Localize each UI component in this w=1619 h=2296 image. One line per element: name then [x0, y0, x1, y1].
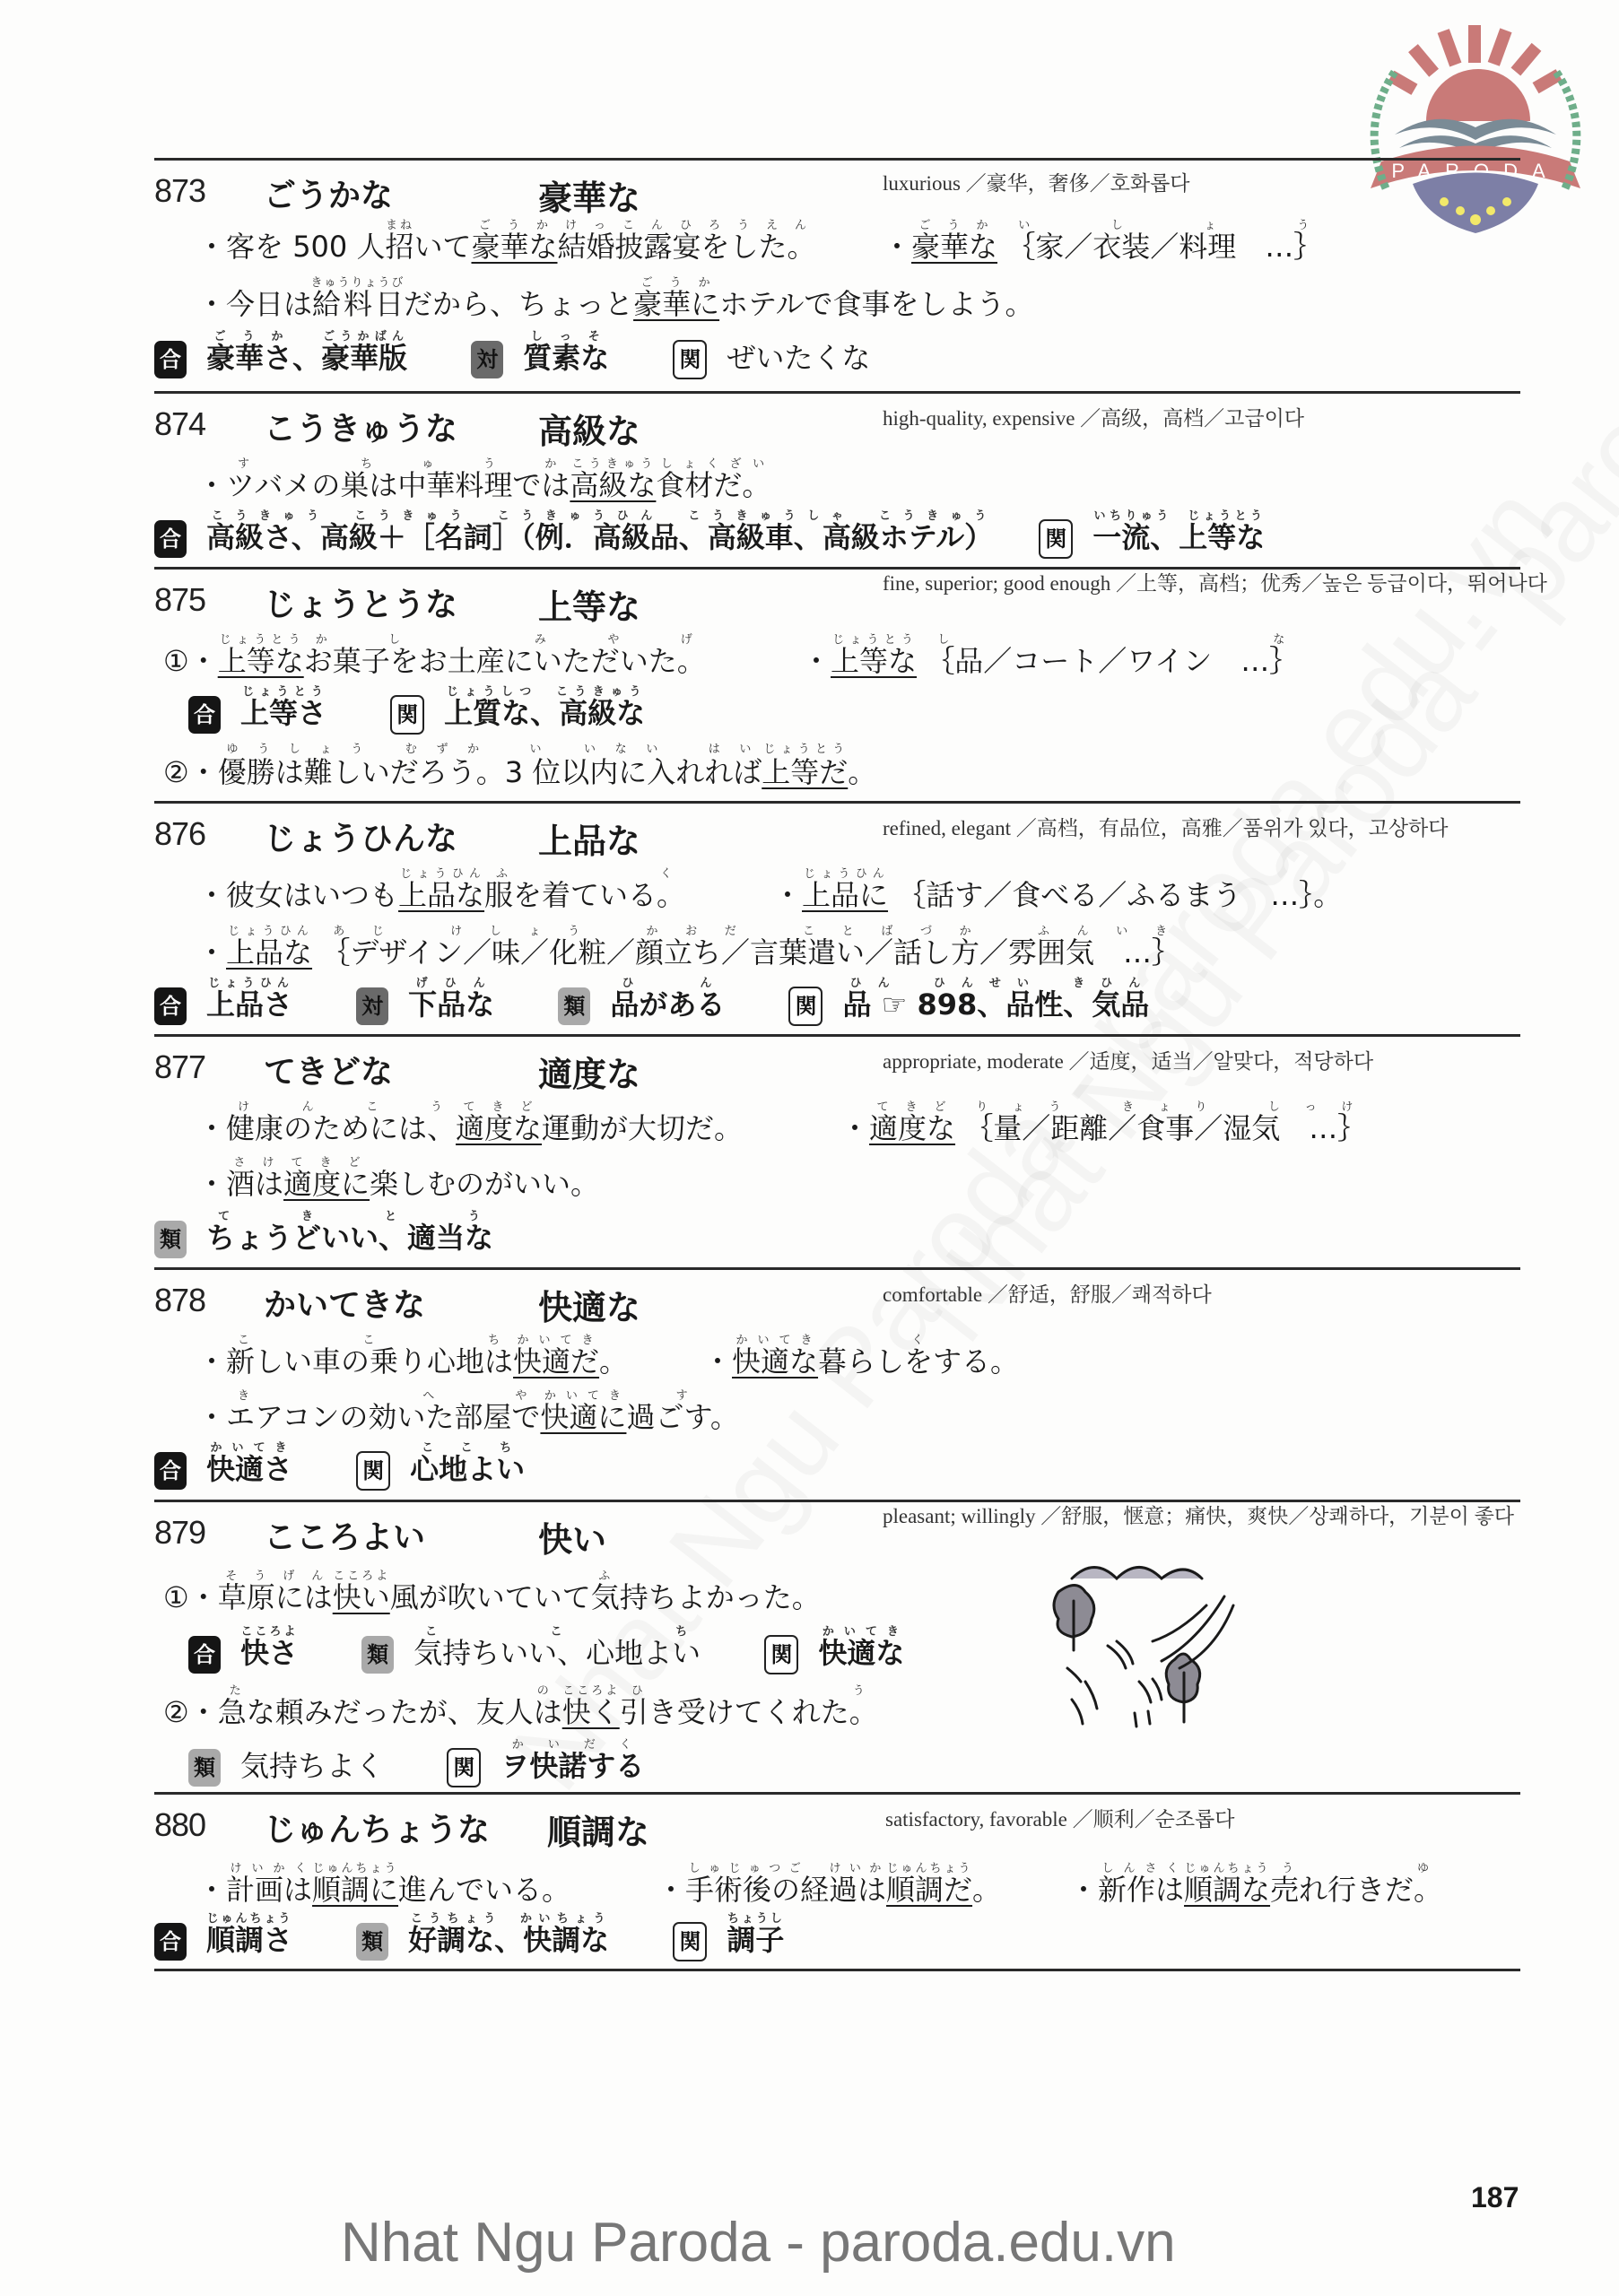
related-words: 合上品さじょうひん 対下品なげひん 類品があるひん 関品 ☞ 898、品性、気品…	[154, 977, 1149, 1026]
entry-meaning: luxurious ／豪华，奢侈／호화롭다	[883, 170, 1619, 197]
entry-reading: ごうかな	[264, 170, 393, 216]
compound-tag-icon: 合	[154, 1923, 187, 1961]
entry-headword: 上等な	[538, 579, 640, 629]
entry-number: 875	[154, 581, 205, 619]
entry-number: 879	[154, 1514, 205, 1552]
antonym-tag-icon: 対	[356, 987, 388, 1025]
entry-headword: 上品な	[538, 813, 640, 863]
vocab-entry-873: 873 ごうかな 豪華な luxurious ／豪华，奢侈／호화롭다 ・客を 5…	[154, 158, 1520, 391]
collocation-example: ・上品にじょうひん ｛話す／食べる／ふるまう …｝。	[773, 867, 1342, 913]
entry-reading: じょうとうな	[264, 579, 457, 625]
sense-marker: ②	[163, 1695, 189, 1729]
vocab-entry-878: 878 かいてきな 快適な comfortable ／舒适，舒服／쾌적하다 ・新…	[154, 1267, 1520, 1500]
related-tag-icon: 関	[764, 1635, 798, 1674]
example-sentence: ②・急な頼みだったが、友人はたの快くこころよ引き受けてくれた。ひ う	[163, 1684, 878, 1730]
entry-meaning: high-quality, expensive ／高级，高档／고급이다	[883, 405, 1619, 432]
entry-reading: てきどな	[264, 1047, 393, 1092]
compound-tag-icon: 合	[188, 1636, 221, 1674]
entry-headword: 豪華な	[538, 170, 640, 220]
example-sentence: ①・草原にはそうげん快いこころよ風が吹いていて気持ちよかった。ふ	[163, 1570, 821, 1615]
example-sentence: ①・上等なじょうとうお菓子をお土産にいただいた。かし みやげ	[163, 633, 706, 679]
related-tag-icon: 関	[447, 1748, 481, 1787]
entry-meaning: appropriate, moderate ／适度，适当／알맞다，적당하다	[883, 1048, 1619, 1075]
compound-tag-icon: 合	[154, 341, 187, 378]
related-words: 合快適さかいてき 関心地よいここち	[154, 1441, 525, 1491]
collocation-example: ・上品なじょうひん ｛デザイン／味／化粧／顔立ち／言葉遣い／話し方／雰囲気 …｝…	[197, 925, 1180, 970]
compound-tag-icon: 合	[188, 696, 221, 734]
entry-meaning: refined, elegant ／高档，有品位，高雅／품위가 있다，고상하다	[883, 815, 1619, 842]
synonym-tag-icon: 類	[154, 1221, 187, 1258]
related-tag-icon: 関	[1039, 519, 1073, 559]
example-sentence: ・手術後の経過はしゅじゅつご けいか順調だじゅんちょう。	[657, 1862, 1001, 1908]
related-words: 類ちょうどいい、適当なてきとう	[154, 1210, 493, 1258]
synonym-tag-icon: 類	[188, 1749, 221, 1787]
sense-marker: ②	[163, 755, 189, 789]
example-sentence: ・今日は給料日きゅうりょうびだから、ちょっと豪華にごうかホテルで食事をしよう。	[197, 276, 1033, 322]
related-words: 合順調さじゅんちょう 類好調な、快調なこうちょう かいちょう 関調子ちょうし	[154, 1912, 784, 1961]
synonym-tag-icon: 類	[356, 1923, 388, 1961]
entry-number: 880	[154, 1806, 205, 1844]
collocation-example: ・上等なじょうとう ｛品／コート／ワイン …｝しな	[802, 633, 1298, 679]
related-tag-icon: 関	[390, 695, 424, 735]
example-sentence: ②・優勝は難しいだろう。3 位以内に入れればゆうしょう むずか い いない はい…	[163, 743, 876, 790]
example-sentence: ・快適なかいてき暮らしをする。く	[703, 1334, 1019, 1379]
related-tag-icon: 関	[356, 1451, 390, 1491]
example-sentence: ・酒はさけ適度にてきど楽しむのがいい。	[197, 1156, 599, 1202]
entry-reading: こころよい	[264, 1512, 425, 1558]
wind-illustration	[1045, 1552, 1260, 1731]
related-tag-icon: 関	[673, 340, 707, 379]
entry-number: 877	[154, 1048, 205, 1086]
collocation-example: ・適度なてきど ｛量／距離／食事／湿気 …｝りょう きょり しっけ	[840, 1100, 1366, 1146]
example-sentence: ・計画はけいかく順調にじゅんちょう進んでいる。	[197, 1862, 570, 1908]
entry-number: 876	[154, 815, 205, 853]
entry-number: 873	[154, 172, 205, 210]
synonym-tag-icon: 類	[558, 987, 590, 1025]
example-sentence: ・健康のためには、けんこう適度なてきど運動が大切だ。	[197, 1100, 743, 1146]
related-tag-icon: 関	[673, 1922, 707, 1961]
compound-tag-icon: 合	[154, 1452, 187, 1490]
entry-headword: 快適な	[538, 1280, 640, 1329]
entry-number: 874	[154, 405, 205, 443]
related-words: 合高級さ、高級＋［名詞］（例．高級品、高級車、高級ホテル）こうきゅう こうきゅう…	[154, 509, 1265, 559]
entry-meaning: satisfactory, favorable ／顺利／순조롭다	[885, 1806, 1619, 1833]
antonym-tag-icon: 対	[471, 341, 503, 378]
vocab-entry-876: 876 じょうひんな 上品な refined, elegant ／高档，有品位，…	[154, 801, 1520, 1034]
entry-reading: こうきゅうな	[264, 404, 457, 449]
compound-tag-icon: 合	[154, 520, 187, 558]
vocab-entry-875: 875 じょうとうな 上等な fine, superior; good enou…	[154, 567, 1520, 801]
example-sentence: ・新作はしんさく順調なじゅんちょう売れ行きだ。う ゆ	[1069, 1862, 1442, 1908]
example-sentence: ・ツバメの巣は中華料理ではす ちゅうか高級なこうきゅう食材だ。しょくざい	[197, 457, 770, 503]
related-tag-icon: 関	[788, 987, 823, 1026]
example-sentence: ・彼女はいつも上品なじょうひん服を着ている。ふく	[197, 867, 685, 913]
related-words: 合豪華さごうか、豪華版ごうかばん 対質素なしっそ 関ぜいたくな	[154, 330, 870, 379]
entry-meaning: comfortable ／舒适，舒服／쾌적하다	[883, 1282, 1619, 1309]
vocab-entry-874: 874 こうきゅうな 高級な high-quality, expensive ／…	[154, 391, 1520, 567]
sense-marker: ①	[163, 644, 189, 678]
example-sentence: ・新しい車の乗り心地はここち快適だかいてき。	[197, 1334, 628, 1379]
related-words: 合上等さじょうとう 関上質な、高級なじょうしつ こうきゅう	[188, 685, 645, 735]
entry-meaning: pleasant; willingly ／舒服，惬意；痛快，爽快／상쾌하다，기분…	[883, 1503, 1619, 1530]
example-sentence: ・エアコンの効いた部屋でき へや快適にかいてき過ごす。す	[197, 1389, 739, 1435]
sense-marker: ①	[163, 1580, 189, 1614]
collocation-example: ・豪華なごうか ｛家／衣装／料理 …｝いしょう	[883, 219, 1322, 265]
entry-headword: 順調な	[547, 1805, 649, 1854]
related-words: 類気持ちよく 関ヲ快諾するかいだく	[188, 1738, 644, 1787]
footer-watermark: Nhat Ngu Paroda - paroda.edu.vn	[341, 2211, 1176, 2274]
related-words: 合快さこころよ 類気持ちいい、心地よいここち 関快適なかいてき	[188, 1625, 904, 1674]
entry-headword: 快い	[538, 1512, 606, 1561]
entry-reading: かいてきな	[264, 1280, 425, 1326]
synonym-tag-icon: 類	[361, 1636, 394, 1674]
vocab-entry-877: 877 てきどな 適度な appropriate, moderate ／适度，适…	[154, 1034, 1520, 1267]
entry-divider	[154, 1969, 1520, 1971]
vocab-entry-880: 880 じゅんちょうな 順調な satisfactory, favorable …	[154, 1792, 1520, 1969]
entry-headword: 適度な	[538, 1047, 640, 1096]
entry-reading: じゅんちょうな	[264, 1805, 490, 1850]
page-number: 187	[1471, 2181, 1519, 2214]
entry-reading: じょうひんな	[264, 813, 457, 859]
entry-headword: 高級な	[538, 404, 640, 453]
vocab-entry-879: 879 こころよい 快い pleasant; willingly ／舒服，惬意；…	[154, 1500, 1520, 1792]
example-sentence: ・客を 500 人招まねいて豪華なごうか結婚披露宴をした。けっこんひろうえん	[197, 219, 816, 265]
entry-meaning: fine, superior; good enough ／上等，高档；优秀／높은…	[883, 570, 1619, 597]
entry-number: 878	[154, 1282, 205, 1319]
compound-tag-icon: 合	[154, 987, 187, 1025]
